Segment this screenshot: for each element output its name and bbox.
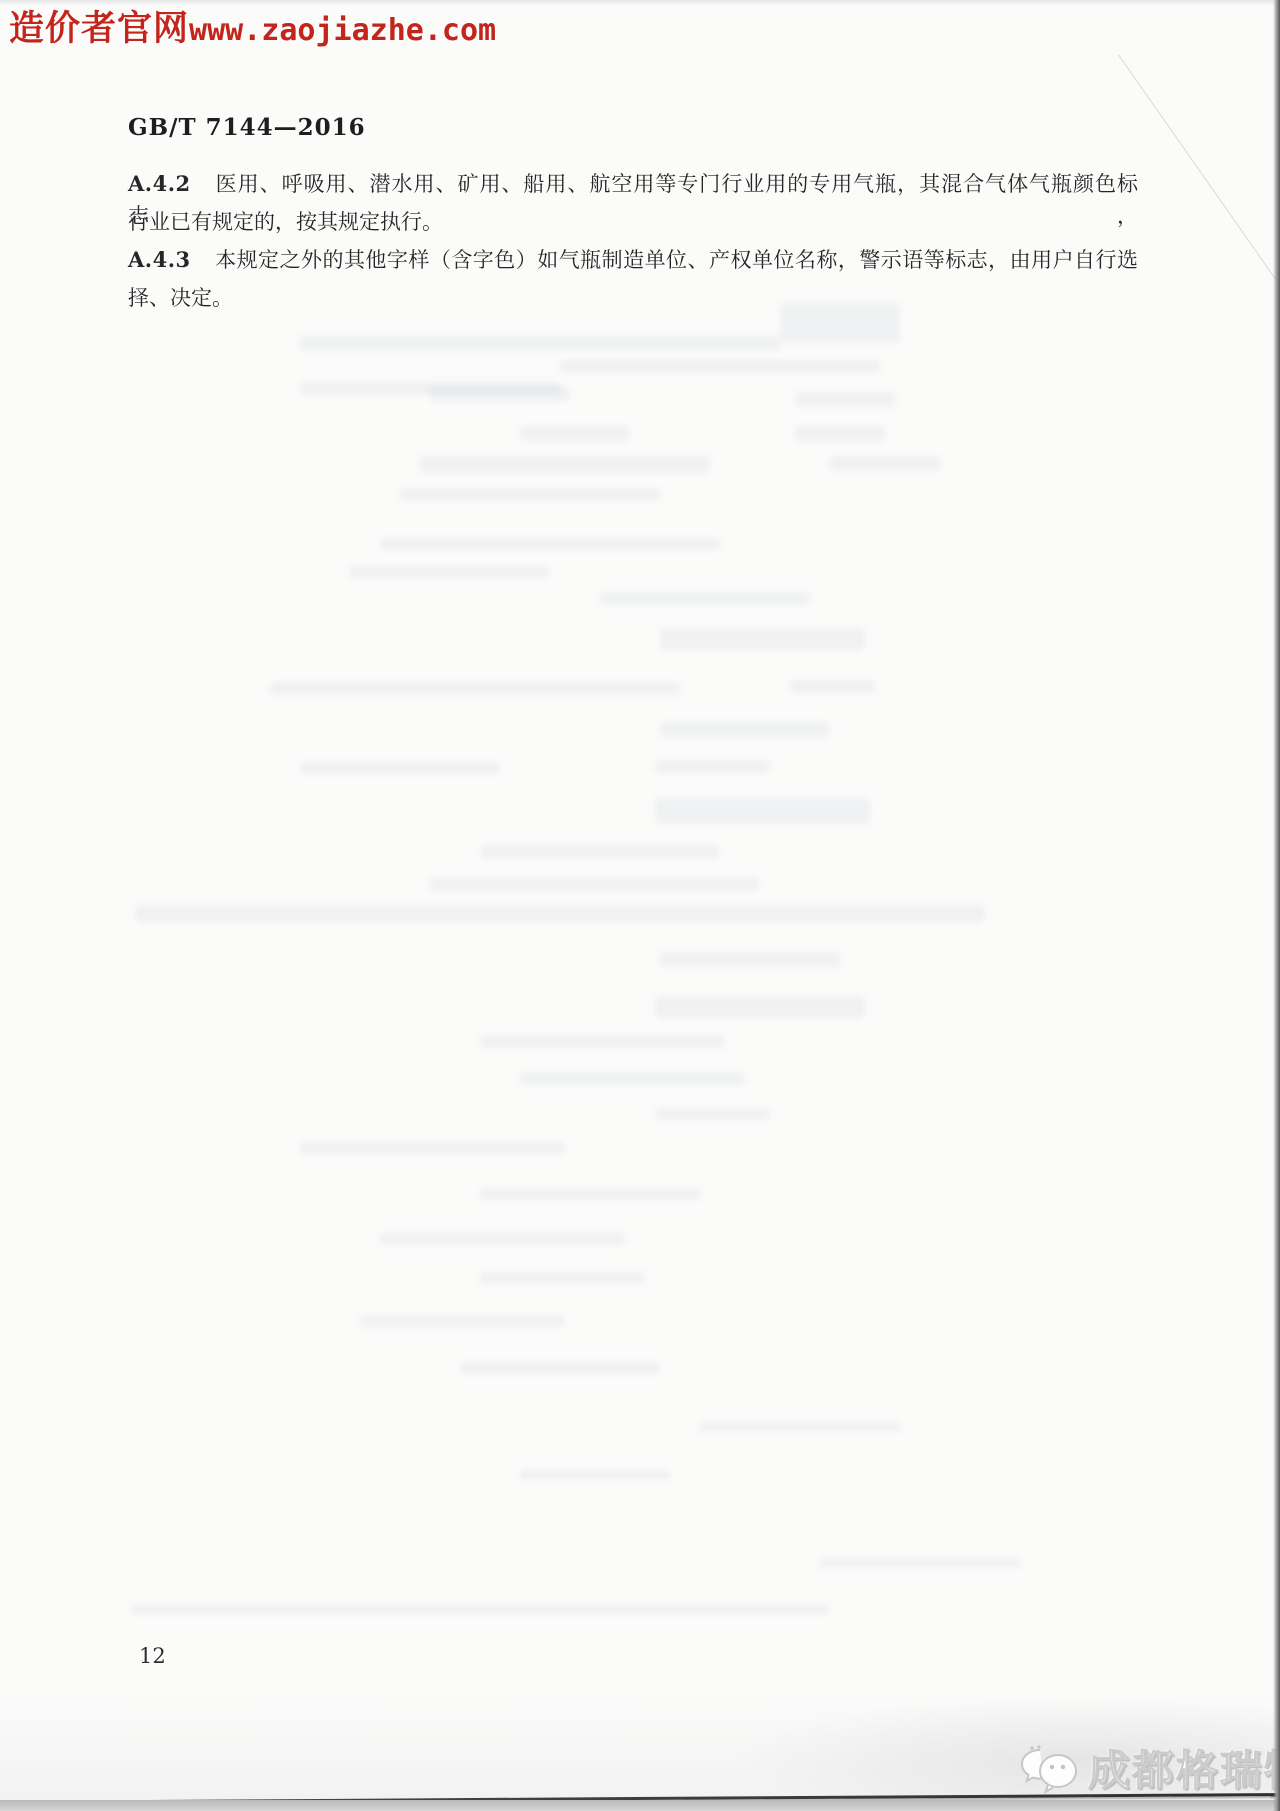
paper-crease: [1118, 54, 1280, 300]
scan-edge-top: [0, 0, 1280, 6]
page-number: 12: [139, 1644, 166, 1668]
bleedthrough-smudge: [520, 1072, 745, 1085]
site-watermark-url: www.zaojiazhe.com: [189, 13, 496, 48]
bleedthrough-smudge: [820, 1558, 1020, 1568]
scanned-document-page: 造价者官网www.zaojiazhe.com GB/T 7144—2016 A.…: [0, 0, 1280, 1811]
clause-a42-line2: 行业已有规定的，按其规定执行。: [128, 206, 1138, 238]
bleedthrough-smudge: [430, 878, 760, 891]
clause-a43-text1: 本规定之外的其他字样（含字色）如气瓶制造单位、产权单位名称，警示语等标志，由用户…: [215, 248, 1138, 272]
bleedthrough-smudge: [300, 336, 780, 351]
bleedthrough-smudge: [600, 592, 810, 605]
bleedthrough-smudge: [790, 680, 875, 693]
bleedthrough-smudge: [830, 456, 940, 471]
bleedthrough-smudge: [480, 845, 720, 858]
bleedthrough-smudge: [130, 1605, 830, 1614]
bleedthrough-smudge: [380, 538, 720, 550]
clause-a43-label: A.4.3: [128, 247, 191, 272]
scan-edge-right: [1273, 0, 1280, 1811]
bleedthrough-smudge: [300, 382, 560, 395]
bleedthrough-smudge: [360, 1315, 565, 1327]
clause-a43-line1: A.4.3本规定之外的其他字样（含字色）如气瓶制造单位、产权单位名称，警示语等标…: [128, 244, 1138, 276]
standard-code: GB/T 7144—2016: [128, 114, 366, 141]
brand-watermark: 成都格瑞特: [1018, 1738, 1280, 1798]
bleedthrough-smudge: [700, 1422, 900, 1432]
bleedthrough-smudge: [300, 762, 500, 774]
bleedthrough-smudge: [655, 798, 870, 824]
bleedthrough-smudge: [655, 760, 770, 773]
site-watermark: 造价者官网www.zaojiazhe.com: [9, 8, 496, 57]
bleedthrough-smudge: [795, 426, 885, 441]
brand-watermark-text: 成都格瑞特: [1088, 1738, 1280, 1798]
bleedthrough-smudge: [460, 1362, 660, 1374]
bleedthrough-smudge: [480, 1035, 725, 1048]
bleedthrough-smudge: [270, 682, 680, 695]
clause-a42-line1: A.4.2医用、呼吸用、潜水用、矿用、船用、航空用等专门行业用的专用气瓶，其混合…: [128, 168, 1138, 200]
clause-a43-text2: 择、决定。: [128, 286, 233, 310]
clause-a42-text2: 行业已有规定的，按其规定执行。: [128, 210, 443, 234]
bleedthrough-smudge: [135, 905, 985, 922]
bleedthrough-smudge: [520, 1470, 670, 1480]
bleedthrough-smudge: [300, 1142, 565, 1154]
bleedthrough-smudge: [560, 360, 880, 373]
clause-a43-line2: 择、决定。: [128, 282, 1138, 314]
scan-edge-bottom: [0, 1800, 1280, 1811]
bleedthrough-smudge: [380, 1233, 625, 1245]
bleedthrough-smudge: [350, 566, 550, 578]
bleedthrough-smudge: [400, 488, 660, 501]
site-watermark-name: 造价者官网: [9, 9, 189, 48]
bleedthrough-smudge: [660, 952, 840, 967]
bleedthrough-smudge: [420, 456, 710, 473]
bleedthrough-smudge: [655, 996, 865, 1018]
bleedthrough-smudge: [795, 392, 895, 407]
clause-a42-label: A.4.2: [128, 171, 191, 196]
bleedthrough-smudge: [520, 426, 630, 441]
bleedthrough-smudge: [480, 1188, 700, 1200]
bleedthrough-smudge: [480, 1272, 645, 1284]
bleedthrough-smudge: [655, 1108, 770, 1120]
wechat-icon: [1018, 1744, 1080, 1796]
bleedthrough-smudge: [430, 386, 570, 401]
bleedthrough-smudge: [660, 722, 830, 737]
bleedthrough-smudge: [660, 628, 865, 650]
